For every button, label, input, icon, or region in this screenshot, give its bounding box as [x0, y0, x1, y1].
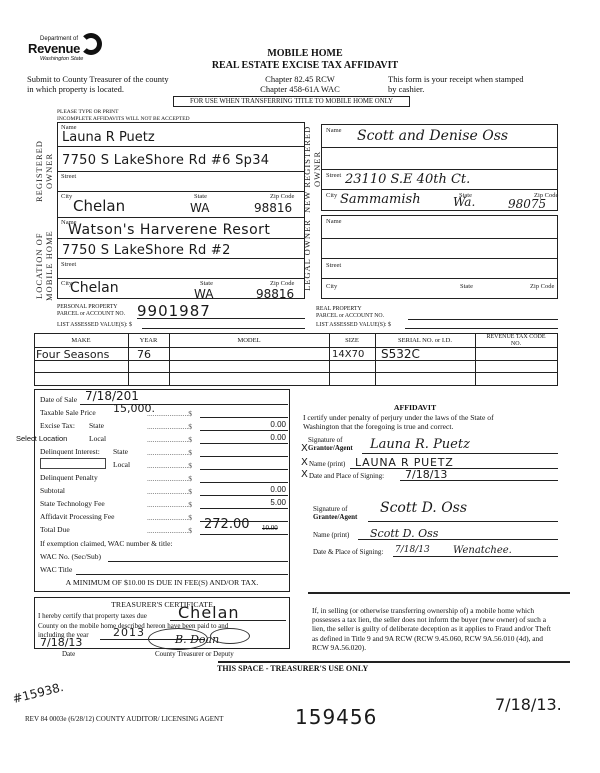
- new-owner-street[interactable]: 23110 S.E 40th Ct.: [345, 172, 470, 187]
- legal-street-label: Street: [326, 262, 341, 269]
- grantor-sig-label: Signature of Grantor/Agent: [308, 436, 353, 452]
- statement-line1: I certify under penalty of perjury under…: [303, 413, 494, 422]
- cell-serial[interactable]: S532C: [381, 347, 420, 361]
- treasurer-date-label: Date: [62, 650, 75, 658]
- reg-city-label: City: [61, 193, 72, 200]
- reg-owner-zip[interactable]: 98816: [254, 201, 292, 215]
- col-revenue-code: REVENUE TAX CODE NO.: [485, 334, 547, 348]
- location-address[interactable]: 7750 S LakeShore Rd #2: [62, 243, 231, 258]
- logo-revenue: Revenue: [28, 41, 80, 56]
- reg-owner-city[interactable]: Chelan: [73, 197, 125, 215]
- reg-owner-state[interactable]: WA: [190, 201, 209, 215]
- excise-state-label: State: [89, 421, 104, 430]
- wac-title-label: WAC Title: [40, 565, 72, 574]
- date-of-sale-label: Date of Sale: [40, 395, 77, 404]
- leader-dots: ......................$ ................…: [147, 407, 192, 537]
- treasurer-sig-loop2: [210, 628, 250, 644]
- cell-make[interactable]: Four Seasons: [36, 348, 109, 361]
- total-due-struck: 10.00: [262, 524, 278, 532]
- grantee-date[interactable]: 7/18/13: [395, 545, 430, 555]
- title-line2: REAL ESTATE EXCISE TAX AFFIDAVIT: [170, 60, 440, 72]
- excise-local-label: Local: [89, 434, 106, 443]
- x-mark-grantor-date: X: [301, 469, 308, 480]
- treasurer-year[interactable]: 2013: [113, 626, 145, 639]
- total-due-label: Total Due: [40, 525, 70, 534]
- grantor-signature[interactable]: Launa R. Puetz: [370, 437, 470, 452]
- total-due-handwritten[interactable]: 272.00: [204, 517, 250, 532]
- legal-state-label: State: [460, 283, 473, 290]
- lien-notice: If, in selling (or otherwise transferrin…: [312, 606, 557, 652]
- col-serial: SERIAL NO. or I.D.: [375, 337, 475, 344]
- chapter-wac: Chapter 458-61A WAC: [240, 84, 360, 94]
- location-label: LOCATION OF MOBILE HOME: [34, 216, 56, 316]
- wave-logo-icon: [80, 33, 102, 55]
- location-state[interactable]: WA: [194, 287, 213, 301]
- loc-street-label: Street: [61, 261, 76, 268]
- grantor-date-label: Date and Place of Signing:: [309, 472, 384, 480]
- grantee-date-label: Date & Place of Signing:: [313, 548, 383, 556]
- new-owner-state[interactable]: Wa.: [453, 195, 475, 209]
- statement-line2: Washington that the foregoing is true an…: [303, 422, 494, 431]
- receipt-note: This form is your receipt when stamped b…: [388, 74, 524, 94]
- chapters: Chapter 82.45 RCW Chapter 458-61A WAC: [240, 74, 360, 94]
- treasurer-space-divider: [218, 661, 570, 663]
- col-year: YEAR: [128, 337, 169, 344]
- legal-city-label: City: [326, 283, 337, 290]
- new-owner-city[interactable]: Sammamish: [340, 192, 421, 207]
- tech-fee-amount[interactable]: 5.00: [200, 498, 286, 507]
- receipt-note-line1: This form is your receipt when stamped: [388, 74, 524, 84]
- date-of-sale[interactable]: 7/18/201: [85, 389, 139, 403]
- affidavit-divider: [308, 592, 570, 594]
- location-zip[interactable]: 98816: [256, 287, 294, 301]
- loc-zip-label: Zip Code: [270, 280, 294, 287]
- handwritten-receipt-2: 159456: [295, 705, 377, 729]
- affidavit-statement: I certify under penalty of perjury under…: [303, 413, 494, 431]
- rp-label-2: PARCEL or ACCOUNT NO.: [316, 313, 384, 320]
- new-city-label: City: [326, 192, 337, 199]
- x-mark-grantor-name: X: [301, 457, 308, 468]
- treasurer-cert-line1: I hereby certify that property taxes due: [38, 612, 147, 620]
- instructions: PLEASE TYPE OR PRINT INCOMPLETE AFFIDAVI…: [57, 109, 190, 123]
- subtotal-label: Subtotal: [40, 486, 65, 495]
- location-name[interactable]: Watson's Harverene Resort: [68, 222, 270, 238]
- new-owner-zip[interactable]: 98075: [508, 197, 546, 211]
- select-location-dropdown[interactable]: Select Location: [16, 434, 67, 443]
- reg-owner-name[interactable]: Launa R Puetz: [62, 130, 155, 145]
- new-owner-name[interactable]: Scott and Denise Oss: [357, 128, 508, 144]
- legal-name-label: Name: [326, 218, 342, 225]
- title-line1: MOBILE HOME: [170, 48, 440, 60]
- form-id: REV 84 0003e (6/28/12) COUNTY AUDITOR/ L…: [25, 715, 223, 723]
- grantee-place[interactable]: Wenatchee.: [453, 545, 512, 556]
- legal-owner-box: [321, 215, 558, 299]
- delinq-state-label: State: [113, 447, 128, 456]
- grantee-sig-label-2: Grantee/Agent: [313, 513, 357, 521]
- submit-note-line2: in which property is located.: [27, 84, 169, 94]
- handwritten-receipt-1: #15938.: [11, 680, 65, 706]
- pp-label-1: PERSONAL PROPERTY: [57, 304, 125, 311]
- delinquent-interest-label: Delinquent Interest:: [40, 447, 100, 456]
- affidavit-title: AFFIDAVIT: [300, 403, 530, 412]
- excise-state-amount[interactable]: 0.00: [200, 420, 286, 429]
- delinq-location-input[interactable]: [40, 458, 106, 469]
- use-banner: FOR USE WHEN TRANSFERRING TITLE TO MOBIL…: [173, 96, 410, 107]
- grantee-name-label: Name (print): [313, 531, 349, 539]
- grantee-sig-label: Signature of Grantee/Agent: [313, 505, 357, 521]
- col-model: MODEL: [169, 337, 329, 344]
- reg-state-label: State: [194, 193, 207, 200]
- submit-note: Submit to County Treasurer of the county…: [27, 74, 169, 94]
- submit-note-line1: Submit to County Treasurer of the county: [27, 74, 169, 84]
- new-street-label: Street: [326, 172, 341, 179]
- rp-label-1: REAL PROPERTY: [316, 306, 384, 313]
- grantor-name-label: Name (print): [309, 460, 345, 468]
- tech-fee-label: State Technology Fee: [40, 499, 105, 508]
- new-name-label: Name: [326, 127, 342, 134]
- taxable-price-label: Taxable Sale Price: [40, 408, 96, 417]
- grantee-signature[interactable]: Scott D. Oss: [380, 500, 467, 516]
- receipt-note-line2: by cashier.: [388, 84, 524, 94]
- grantor-sig-label-1: Signature of: [308, 436, 353, 444]
- logo-state: Washington State: [40, 56, 83, 62]
- grantor-sig-label-2: Grantor/Agent: [308, 444, 353, 452]
- minimum-note: A MINIMUM OF $10.00 IS DUE IN FEE(S) AND…: [34, 578, 290, 587]
- delinq-local-label: Local: [113, 460, 130, 469]
- cell-size[interactable]: 14X70: [332, 349, 364, 360]
- loc-state-label: State: [200, 280, 213, 287]
- registered-owner-label: REGISTERED OWNER: [34, 128, 56, 214]
- x-mark-grantor-sig: X: [301, 443, 308, 454]
- pp-label-2: PARCEL or ACCOUNT NO.: [57, 311, 125, 318]
- treasurer-space-label: THIS SPACE - TREASURER'S USE ONLY: [217, 664, 368, 673]
- rp-assessed-label: LIST ASSESSED VALUE(S): $: [316, 322, 391, 328]
- reg-owner-address[interactable]: 7750 S LakeShore Rd #6 Sp34: [62, 153, 269, 168]
- reg-street-label: Street: [61, 173, 76, 180]
- excise-tax-label: Excise Tax:: [40, 421, 75, 430]
- reg-zip-label: Zip Code: [270, 193, 294, 200]
- handwritten-date: 7/18/13.: [495, 695, 562, 714]
- excise-local-amount[interactable]: 0.00: [200, 433, 286, 442]
- exemption-label: If exemption claimed, WAC number & title…: [40, 539, 173, 548]
- col-size: SIZE: [329, 337, 375, 344]
- dor-logo: Department of Revenue Washington State: [28, 36, 108, 66]
- grantee-sig-label-1: Signature of: [313, 505, 357, 513]
- chapter-rcw: Chapter 82.45 RCW: [240, 74, 360, 84]
- subtotal-amount[interactable]: 0.00: [200, 485, 286, 494]
- legal-zip-label: Zip Code: [530, 283, 554, 290]
- location-city[interactable]: Chelan: [70, 280, 119, 296]
- treasurer-sig-loop: [148, 628, 208, 650]
- processing-fee-label: Affidavit Processing Fee: [40, 512, 114, 521]
- pp-assessed-label: LIST ASSESSED VALUE(S): $: [57, 322, 132, 328]
- wac-no-label: WAC No. (Sec/Sub): [40, 552, 101, 561]
- treasurer-cert-title: TREASURER'S CERTIFICATE: [34, 600, 290, 609]
- col-make: MAKE: [34, 337, 128, 344]
- real-property-label: REAL PROPERTY PARCEL or ACCOUNT NO.: [316, 306, 384, 320]
- personal-property-label: PERSONAL PROPERTY PARCEL or ACCOUNT NO.: [57, 304, 125, 318]
- treasurer-signer-label: County Treasurer or Deputy: [155, 650, 234, 658]
- instr-type-print: PLEASE TYPE OR PRINT: [57, 109, 190, 116]
- delinquent-penalty-label: Delinquent Penalty: [40, 473, 98, 482]
- form-title: MOBILE HOME REAL ESTATE EXCISE TAX AFFID…: [170, 48, 440, 72]
- cell-year[interactable]: 76: [137, 348, 151, 361]
